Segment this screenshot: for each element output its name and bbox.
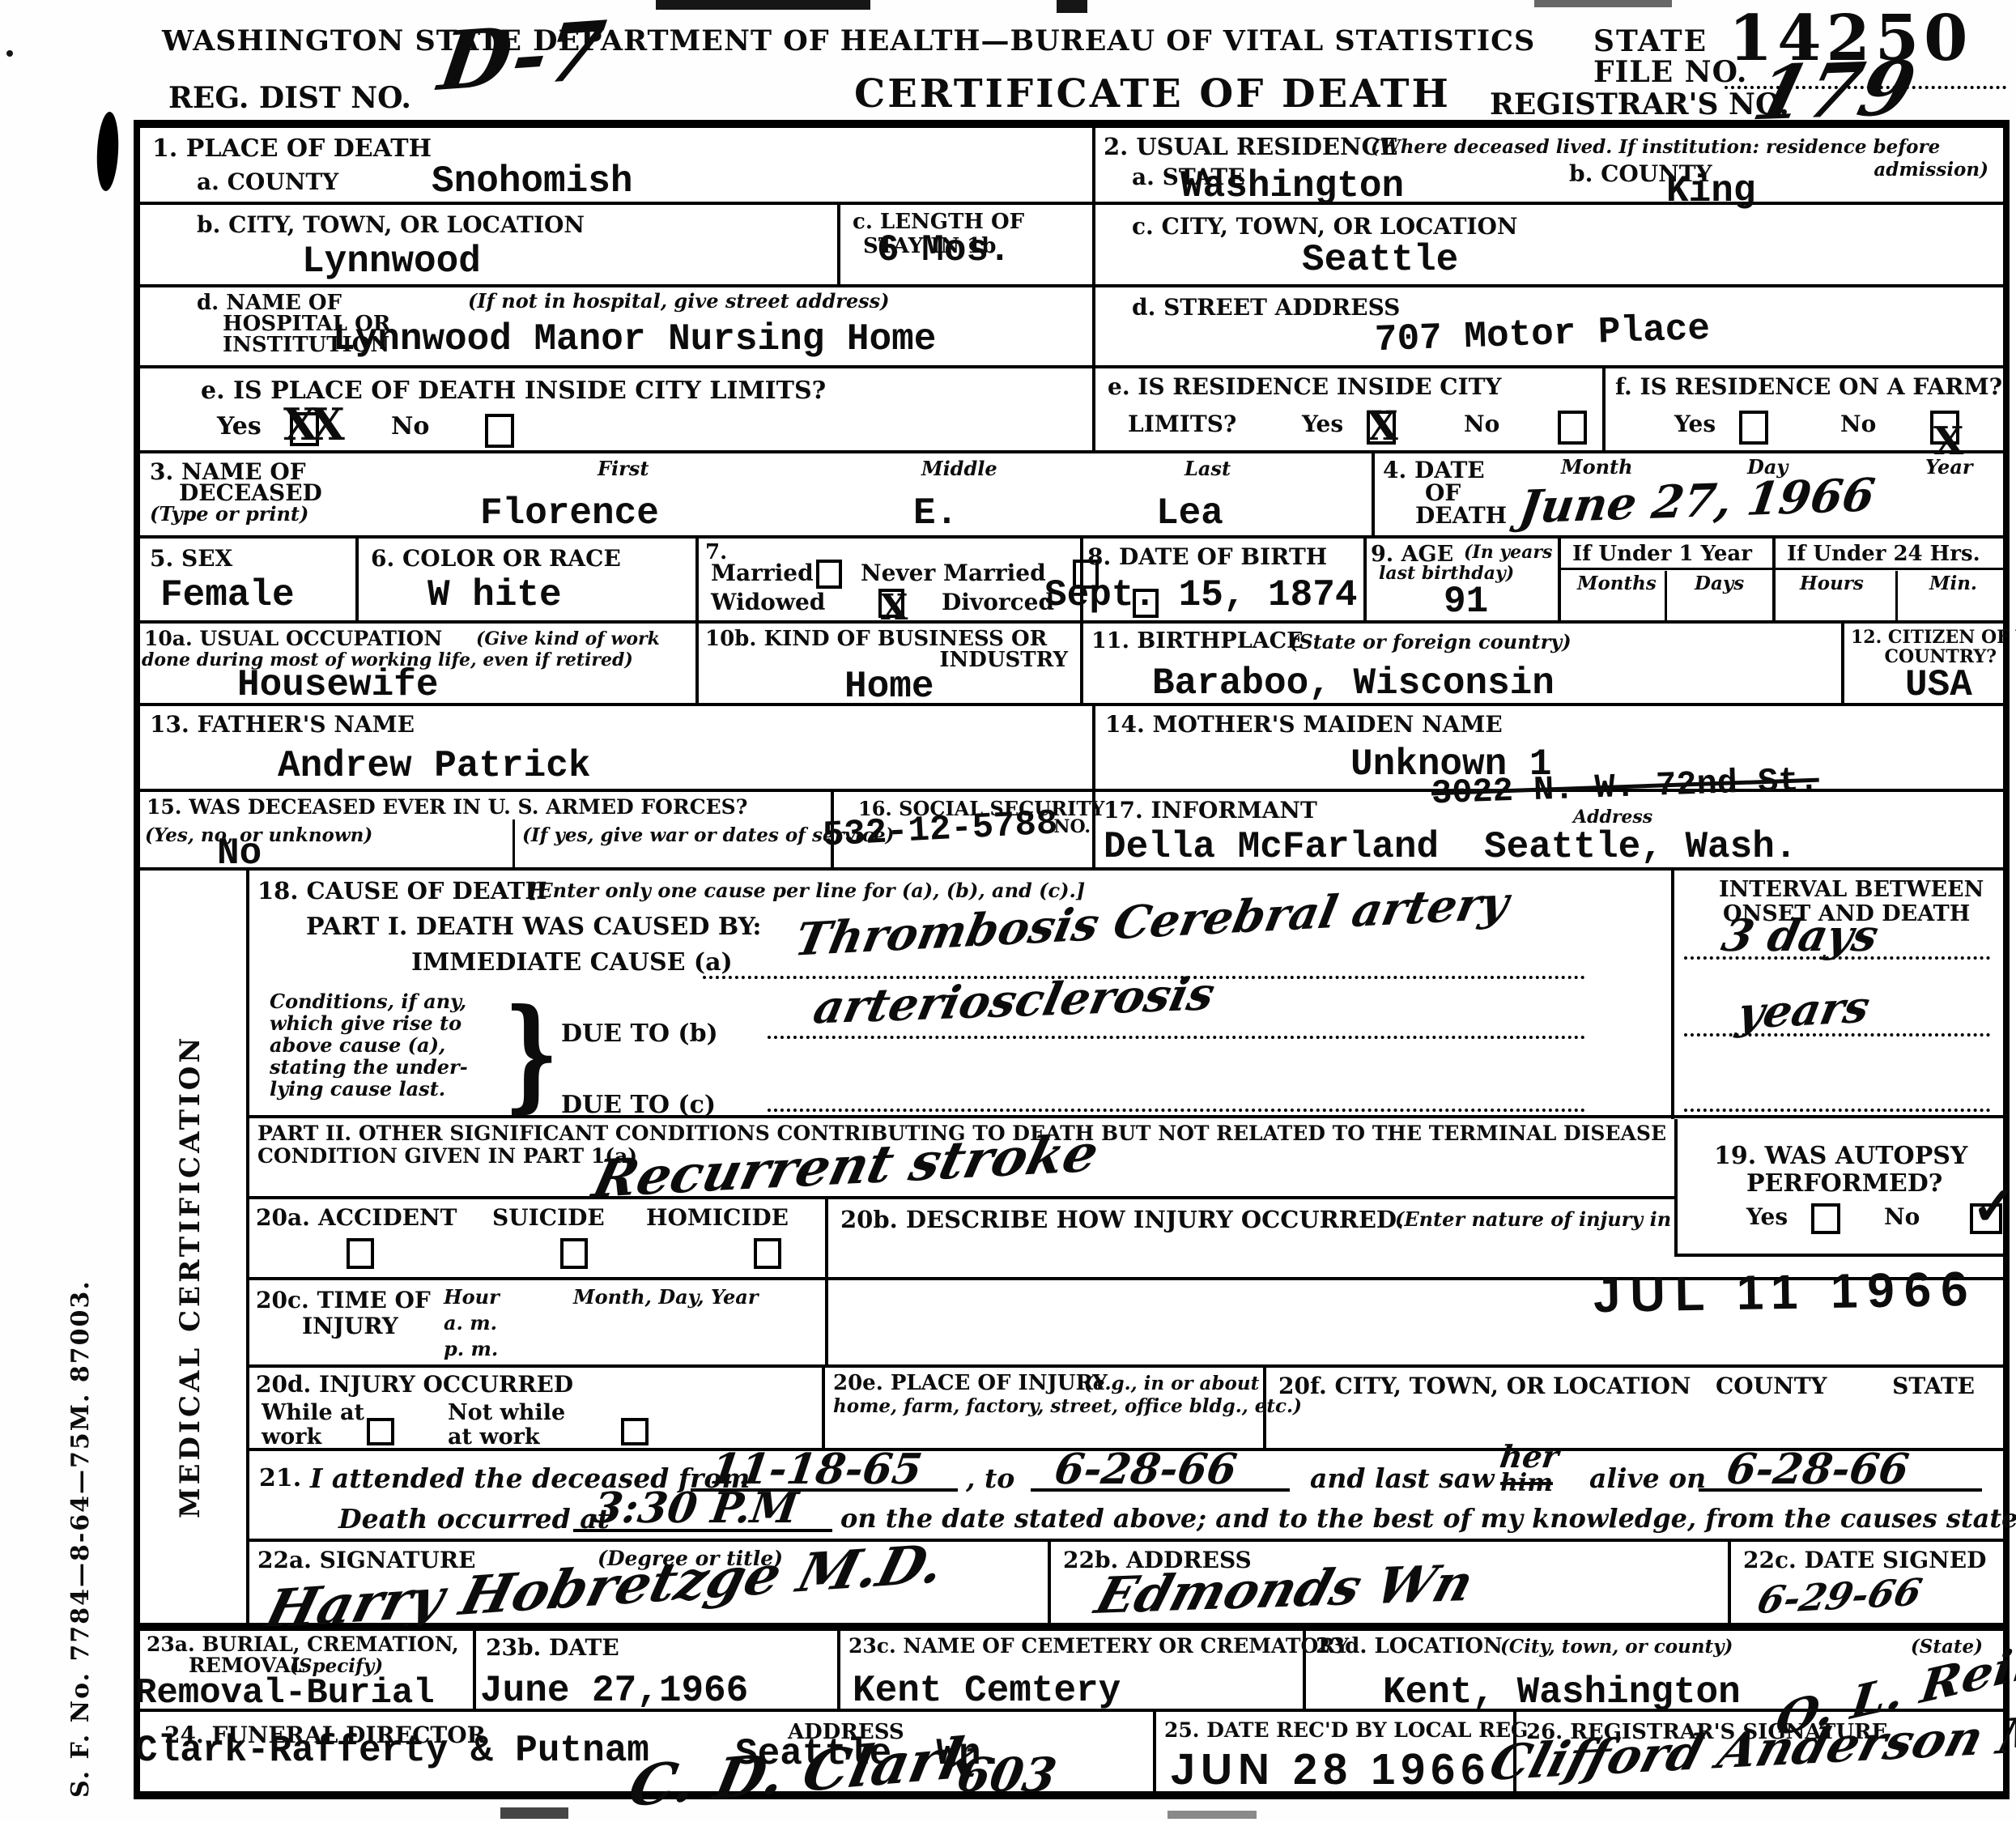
street-address-label: d. STREET ADDRESS <box>1132 294 1400 321</box>
informant-value: Della McFarland <box>1104 826 1439 868</box>
homicide-label: HOMICIDE <box>646 1204 789 1231</box>
not-while-work-label: at work <box>448 1424 540 1450</box>
under-1-year-cell: If Under 1 Year Months Days <box>1561 539 1776 620</box>
time-injury-divider <box>825 1280 828 1365</box>
dob-label: 8. DATE OF BIRTH <box>1087 543 1327 570</box>
conditions-line-5: lying cause last. <box>270 1078 468 1100</box>
place-of-injury-cell: 20e. PLACE OF INJURY (e.g., in or about … <box>825 1368 1266 1448</box>
name-of-deceased-cell: 3. NAME OF DECEASED (Type or print) Firs… <box>140 453 1375 535</box>
scan-artifact <box>1534 0 1672 7</box>
medical-certification-vertical-label: MEDICAL CERTIFICATION <box>174 984 206 1518</box>
suicide-label: SUICIDE <box>492 1204 605 1231</box>
widowed-mark: X <box>880 590 908 626</box>
street-address-value: 707 Motor Place <box>1374 308 1711 361</box>
scan-artifact <box>1057 0 1087 13</box>
alive-on-value: 6-28-66 <box>1724 1445 1912 1494</box>
row-city-stay: b. CITY, TOWN, OR LOCATION Lynnwood c. L… <box>140 205 2003 287</box>
autopsy-label-2: PERFORMED? <box>1746 1169 1942 1198</box>
informant-address-value: Seattle, Wash. <box>1484 826 1797 868</box>
scan-artifact <box>656 0 870 10</box>
while-at-work-label: work <box>262 1424 321 1450</box>
injury-occurred-label: 20d. INJURY OCCURRED <box>256 1371 573 1398</box>
father-label: 13. FATHER'S NAME <box>150 711 415 738</box>
manner-number: 20a. <box>256 1204 310 1231</box>
armed-forces-divider <box>513 819 515 871</box>
birthplace-note: (State or foreign country) <box>1290 630 1572 653</box>
hours-min-divider <box>1895 571 1898 620</box>
attended-text-to: , to <box>966 1462 1014 1494</box>
citizen-label-1: 12. CITIZEN OF WHAT <box>1851 627 2016 648</box>
occupation-note-1: (Give kind of work <box>476 628 660 649</box>
autopsy-yes-checkbox <box>1811 1203 1840 1234</box>
residence-limits-no-label: No <box>1464 411 1499 437</box>
form-number-vertical: S. F. No. 7784—8-64—75M. 87003. <box>66 939 95 1798</box>
interval-a-value: 3 days <box>1717 909 1883 961</box>
death-time-value: 3:30 P.M <box>590 1484 802 1533</box>
date-received-stamp: JUN 28 1966 <box>1171 1744 1491 1794</box>
scan-artifact <box>1167 1811 1257 1819</box>
widowed-checkbox: X <box>878 589 904 618</box>
row-occupation-birthplace: 10a. USUAL OCCUPATION (Give kind of work… <box>140 624 2003 706</box>
attended-statement-section: 21. I attended the deceased from 11-18-6… <box>249 1451 2003 1543</box>
informant-label: 17. INFORMANT <box>1104 797 1317 824</box>
row-name-dod: 3. NAME OF DECEASED (Type or print) Firs… <box>140 453 2003 539</box>
registrars-no-label: REGISTRAR'S NO. <box>1490 87 1789 121</box>
scan-artifact <box>6 50 13 57</box>
place-of-injury-note-2: home, farm, factory, street, office bldg… <box>833 1395 1302 1417</box>
funeral-director-cell: 24. FUNERAL DIRECTOR Clark-Rafferty & Pu… <box>140 1712 1156 1791</box>
medical-certification-block: MEDICAL CERTIFICATION 18. CAUSE OF DEATH… <box>140 871 2003 1626</box>
citizen-value: USA <box>1905 664 1972 706</box>
last-name-value: Lea <box>1156 492 1223 534</box>
usual-residence-note-2: admission) <box>1874 159 1988 181</box>
manner-cell: 20a. ACCIDENT SUICIDE HOMICIDE <box>249 1199 828 1277</box>
business-value: Home <box>844 666 934 708</box>
burial-location-value: Kent, Washington <box>1383 1671 1741 1713</box>
sex-cell: 5. SEX Female <box>140 539 359 620</box>
burial-type-label-1: 23a. BURIAL, CREMATION, <box>147 1633 459 1656</box>
autopsy-cell: 19. WAS AUTOPSY PERFORMED? Yes No ✓ <box>1674 1119 2003 1257</box>
while-at-label: While at <box>262 1400 364 1425</box>
birthplace-cell: 11. BIRTHPLACE (State or foreign country… <box>1083 624 1844 703</box>
burial-type-value: Removal-Burial <box>135 1673 435 1713</box>
registrar-signature-1: Clifford Anderson M. D. <box>1483 1701 2016 1792</box>
date-of-death-cell: 4. DATE OF DEATH Month Day Year June 27,… <box>1375 453 2003 535</box>
armed-forces-label: 15. WAS DECEASED EVER IN U. S. ARMED FOR… <box>147 795 747 819</box>
residence-limits-cell: e. IS RESIDENCE INSIDE CITY LIMITS? Yes … <box>1095 368 1606 450</box>
interval-label-1: INTERVAL BETWEEN <box>1719 877 1984 902</box>
attended-to-line: 6-28-66 <box>1031 1453 1290 1492</box>
name-note: (Type or print) <box>150 502 308 526</box>
residence-city-cell: c. CITY, TOWN, OR LOCATION Seattle <box>1095 205 2003 284</box>
interval-b-value: years <box>1733 981 1874 1039</box>
race-cell: 6. COLOR OR RACE W hite <box>359 539 699 620</box>
binder-mark <box>95 111 120 191</box>
length-of-stay-cell: c. LENGTH OF STAY IN 1b 6 Mos. <box>840 205 1095 284</box>
conditions-line-4: stating the under- <box>270 1056 468 1078</box>
state-file-label-1: STATE <box>1593 24 1708 58</box>
death-limits-yes-label: Yes <box>217 412 262 441</box>
place-of-death-label: 1. PLACE OF DEATH <box>152 134 432 163</box>
residence-limits-yes-label: Yes <box>1302 411 1343 437</box>
farm-no-checkbox: X <box>1930 411 1959 445</box>
death-occurred-text: Death occurred at <box>338 1503 610 1535</box>
father-cell: 13. FATHER'S NAME Andrew Patrick <box>140 706 1095 789</box>
burial-date-value: June 27,1966 <box>480 1670 748 1712</box>
age-note-1: (In years <box>1464 542 1552 563</box>
not-while-label: Not while <box>448 1400 565 1425</box>
county-label: a. COUNTY <box>197 168 338 195</box>
row-hospital-street: d. NAME OF HOSPITAL OR INSTITUTION (If n… <box>140 287 2003 368</box>
months-label: Months <box>1577 573 1657 594</box>
alive-on-line: 6-28-66 <box>1699 1453 1982 1492</box>
dod-month-label: Month <box>1561 455 1633 479</box>
burial-date-cell: 23b. DATE June 27,1966 <box>476 1631 840 1709</box>
injury-city-cell: 20f. CITY, TOWN, OR LOCATION COUNTY STAT… <box>1266 1368 2003 1448</box>
business-label-2: INDUSTRY <box>939 648 1068 672</box>
death-limits-no-label: No <box>391 412 429 441</box>
accident-checkbox <box>347 1238 374 1269</box>
describe-injury-label: 20b. DESCRIBE HOW INJURY OCCURRED. <box>840 1206 1404 1233</box>
conditions-note-block: Conditions, if any, which give rise to a… <box>270 990 468 1100</box>
death-limits-yes-checkbox: XX <box>290 412 319 446</box>
cause-label: 18. CAUSE OF DEATH <box>257 877 547 905</box>
month-day-year-label: Month, Day, Year <box>573 1285 759 1309</box>
attended-text-2: and last saw <box>1310 1462 1495 1494</box>
place-of-injury-note-1: (e.g., in or about <box>1084 1373 1259 1394</box>
while-at-work-checkbox <box>367 1418 394 1445</box>
date-received-cell: 25. DATE REC'D BY LOCAL REG. JUN 28 1966 <box>1156 1712 1516 1791</box>
homicide-checkbox <box>754 1238 781 1269</box>
time-injury-label-2: INJURY <box>302 1313 398 1339</box>
last-name-column-label: Last <box>1185 457 1231 480</box>
armed-forces-value: No <box>217 832 262 875</box>
divorced-label: Divorced <box>942 589 1054 615</box>
never-married-label: Never Married <box>861 560 1046 586</box>
him-struck: him <box>1500 1469 1553 1497</box>
death-time-line: 3:30 P.M <box>573 1493 832 1532</box>
burial-location-label: 23d. LOCATION <box>1316 1634 1503 1658</box>
death-city-label: b. CITY, TOWN, OR LOCATION <box>197 211 585 238</box>
ssn-no-label: NO. <box>1053 816 1091 837</box>
middle-name-value: E. <box>913 492 958 534</box>
cause-bracket-note: [Enter only one cause per line for (a), … <box>529 879 1085 902</box>
first-name-value: Florence <box>480 492 659 534</box>
date-received-label: 25. DATE REC'D BY LOCAL REG. <box>1164 1718 1534 1742</box>
attended-text-3: alive on <box>1589 1462 1706 1494</box>
date-signed-cell: 22c. DATE SIGNED 6-29-66 <box>1731 1542 2003 1623</box>
hospital-note: (If not in hospital, give street address… <box>468 289 890 313</box>
cause-of-death-section: 18. CAUSE OF DEATH [Enter only one cause… <box>249 871 2003 1118</box>
sex-value: Female <box>160 574 295 616</box>
date-signed-value: 6-29-66 <box>1753 1570 1926 1622</box>
registrar-signature-cell: 26. REGISTRAR'S SIGNATURE Clifford Ander… <box>1516 1712 2003 1791</box>
race-label: 6. COLOR OR RACE <box>371 545 621 572</box>
hour-label: Hour <box>444 1285 500 1309</box>
citizen-cell: 12. CITIZEN OF WHAT COUNTRY? USA <box>1844 624 2003 703</box>
death-occurred-text-2: on the date stated above; and to the bes… <box>840 1503 2016 1534</box>
sex-label: 5. SEX <box>150 545 232 572</box>
min-label: Min. <box>1929 573 1977 594</box>
age-value: 91 <box>1444 581 1488 623</box>
row-limits-farm: e. IS PLACE OF DEATH INSIDE CITY LIMITS?… <box>140 368 2003 453</box>
death-city-cell: b. CITY, TOWN, OR LOCATION Lynnwood <box>140 205 840 284</box>
medical-certification-strip: MEDICAL CERTIFICATION <box>140 871 249 1623</box>
part1-label: PART I. DEATH WAS CAUSED BY: <box>306 913 761 941</box>
injury-state-label: STATE <box>1892 1373 1975 1399</box>
autopsy-no-mark: ✓ <box>1971 1179 2016 1232</box>
days-label: Days <box>1695 573 1744 594</box>
cemetery-value: Kent Cemtery <box>853 1670 1121 1712</box>
first-name-column-label: First <box>598 457 649 480</box>
race-value: W hite <box>427 574 562 616</box>
attended-number: 21. <box>259 1464 301 1492</box>
accident-label: ACCIDENT <box>318 1204 457 1231</box>
dod-label-3: DEATH <box>1415 502 1507 529</box>
business-cell: 10b. KIND OF BUSINESS OR INDUSTRY Home <box>699 624 1083 703</box>
physician-address-cell: 22b. ADDRESS Edmonds Wn <box>1051 1542 1731 1623</box>
row-sex-race-age: 5. SEX Female 6. COLOR OR RACE W hite 7.… <box>140 539 2003 624</box>
street-address-cell: d. STREET ADDRESS 707 Motor Place <box>1095 287 2003 365</box>
father-value: Andrew Patrick <box>278 745 590 787</box>
scan-artifact <box>500 1807 568 1819</box>
part2-label-2: CONDITION GIVEN IN PART 1(a) <box>257 1144 637 1168</box>
physician-signature-section: 22a. SIGNATURE (Degree or title) Harry H… <box>249 1542 2003 1623</box>
death-limits-no-checkbox <box>485 414 514 448</box>
residence-farm-label: f. IS RESIDENCE ON A FARM? <box>1615 373 2002 400</box>
row-funeral-registrar: 24. FUNERAL DIRECTOR Clark-Rafferty & Pu… <box>140 1712 2003 1791</box>
residence-limits-no-checkbox <box>1558 411 1587 445</box>
residence-limits-yes-mark: X <box>1367 406 1398 446</box>
occupation-cell: 10a. USUAL OCCUPATION (Give kind of work… <box>140 624 699 703</box>
informant-cell: 17. INFORMANT Della McFarland 3022 N. W.… <box>1095 792 2003 867</box>
injury-location-section: 20d. INJURY OCCURRED While at work Not w… <box>249 1368 2003 1451</box>
usual-residence-note-1: (Where deceased lived. If institution: r… <box>1371 136 1940 158</box>
occupation-value: Housewife <box>237 664 438 706</box>
cemetery-cell: 23c. NAME OF CEMETERY OR CREMATORY Kent … <box>840 1631 1306 1709</box>
pm-label: p. m. <box>444 1337 498 1360</box>
hospital-cell: d. NAME OF HOSPITAL OR INSTITUTION (If n… <box>140 287 1095 365</box>
medical-certification-text: MEDICAL CERTIFICATION <box>174 1035 206 1519</box>
informant-address-label: Address <box>1573 807 1652 828</box>
immediate-cause-label: IMMEDIATE CAUSE (a) <box>411 948 733 977</box>
farm-yes-checkbox <box>1739 411 1768 445</box>
length-of-stay-value: 6 Mos. <box>877 229 1011 271</box>
cemetery-label: 23c. NAME OF CEMETERY OR CREMATORY <box>849 1634 1349 1658</box>
dod-year-label: Year <box>1925 455 1973 479</box>
department-title: WASHINGTON STATE DEPARTMENT OF HEALTH—BU… <box>162 24 1535 57</box>
autopsy-no-checkbox: ✓ <box>1970 1203 2002 1234</box>
row-place-residence: 1. PLACE OF DEATH a. COUNTY Snohomish 2.… <box>140 128 2003 205</box>
conditions-line-2: which give rise to <box>270 1012 468 1034</box>
under-1-year-label: If Under 1 Year <box>1572 542 1752 566</box>
autopsy-no-label: No <box>1884 1203 1920 1230</box>
ssn-cell: 16. SOCIAL SECURITY NO. 532-12-5788 <box>834 792 1095 867</box>
death-city-value: Lynnwood <box>302 241 481 283</box>
not-while-work-checkbox <box>621 1418 649 1445</box>
reg-dist-label: REG. DIST NO. <box>168 81 411 115</box>
due-to-b-label: DUE TO (b) <box>561 1020 718 1048</box>
autopsy-yes-label: Yes <box>1746 1203 1788 1230</box>
under-24-hrs-cell: If Under 24 Hrs. Hours Min. <box>1776 539 2003 620</box>
married-checkbox <box>816 560 842 589</box>
residence-city-value: Seattle <box>1302 239 1458 281</box>
under-24-hrs-label: If Under 24 Hrs. <box>1787 542 1980 566</box>
time-of-injury-section: 20c. TIME OF INJURY Hour a. m. p. m. Mon… <box>249 1280 2003 1369</box>
attended-to-value: 6-28-66 <box>1052 1445 1240 1494</box>
residence-limits-yes-checkbox: X <box>1367 411 1396 445</box>
burial-date-label: 23b. DATE <box>486 1634 619 1661</box>
reg-dist-value-handwritten: D-7 <box>433 2 610 109</box>
hospital-value: Lynnwood Manor Nursing Home <box>333 318 936 360</box>
residence-farm-cell: f. IS RESIDENCE ON A FARM? Yes No X <box>1606 368 2003 450</box>
due-to-c-label: DUE TO (c) <box>561 1091 716 1119</box>
place-of-death-cell: 1. PLACE OF DEATH a. COUNTY Snohomish <box>140 128 1095 202</box>
birthplace-value: Baraboo, Wisconsin <box>1152 662 1555 705</box>
interval-column: INTERVAL BETWEEN ONSET AND DEATH 3 days … <box>1671 871 2003 1119</box>
residence-city-label: c. CITY, TOWN, OR LOCATION <box>1132 213 1518 240</box>
months-days-divider <box>1665 571 1667 620</box>
widowed-label: Widowed <box>711 589 825 615</box>
residence-limits-label-1: e. IS RESIDENCE INSIDE CITY <box>1108 373 1502 400</box>
funeral-director-number: 603 <box>953 1748 1061 1803</box>
age-cell: 9. AGE (In years last birthday) 91 <box>1367 539 1561 620</box>
injury-city-label: 20f. CITY, TOWN, OR LOCATION <box>1278 1373 1691 1399</box>
physician-address-value: Edmonds Wn <box>1089 1553 1480 1625</box>
injury-occurred-cell: 20d. INJURY OCCURRED While at work Not w… <box>249 1368 825 1448</box>
marital-status-cell: 7. Married Never Married Widowed X Divor… <box>699 539 1083 620</box>
usual-residence-cell: 2. USUAL RESIDENCE (Where deceased lived… <box>1095 128 2003 202</box>
middle-name-column-label: Middle <box>921 457 997 480</box>
death-certificate-scan: S. F. No. 7784—8-64—75M. 87003. WASHINGT… <box>0 0 2016 1822</box>
form-number-text: S. F. No. 7784—8-64—75M. 87003. <box>66 1279 95 1798</box>
farm-yes-label: Yes <box>1674 411 1716 437</box>
injury-county-label: COUNTY <box>1716 1373 1827 1399</box>
autopsy-label-1: 19. WAS AUTOPSY <box>1714 1142 1967 1170</box>
ssn-value: 532-12-5788 <box>822 803 1059 856</box>
under-24-divider <box>1776 568 2003 570</box>
burial-location-note: (City, town, or county) <box>1500 1636 1733 1658</box>
burial-type-cell: 23a. BURIAL, CREMATION, REMOVAL (Specify… <box>140 1631 476 1709</box>
cause-c-line <box>768 1041 1585 1112</box>
usual-residence-label: 2. USUAL RESIDENCE <box>1104 133 1398 160</box>
time-injury-label-1: 20c. TIME OF <box>256 1287 431 1313</box>
hours-label: Hours <box>1800 573 1864 594</box>
married-label: Married <box>711 560 814 586</box>
mother-label: 14. MOTHER'S MAIDEN NAME <box>1105 711 1503 738</box>
conditions-line-1: Conditions, if any, <box>270 990 468 1012</box>
occupation-label: 10a. USUAL OCCUPATION <box>144 627 442 650</box>
conditions-brace: } <box>504 982 559 1125</box>
place-of-injury-label: 20e. PLACE OF INJURY <box>833 1371 1108 1395</box>
residence-limits-label-2: LIMITS? <box>1128 411 1236 437</box>
armed-forces-cell: 15. WAS DECEASED EVER IN U. S. ARMED FOR… <box>140 792 834 867</box>
death-city-limits-cell: e. IS PLACE OF DEATH INSIDE CITY LIMITS?… <box>140 368 1095 450</box>
farm-no-label: No <box>1840 411 1876 437</box>
date-signed-label: 22c. DATE SIGNED <box>1743 1547 1986 1573</box>
row-burial: 23a. BURIAL, CREMATION, REMOVAL (Specify… <box>140 1626 2003 1712</box>
residence-state-value: Washington <box>1180 165 1404 207</box>
under-1-year-divider <box>1561 568 1772 570</box>
birthplace-label: 11. BIRTHPLACE <box>1091 628 1304 653</box>
received-stamp: JUL 11 1966 <box>1593 1261 1978 1323</box>
conditions-line-3: above cause (a), <box>270 1034 468 1056</box>
physician-signature-cell: 22a. SIGNATURE (Degree or title) Harry H… <box>249 1542 1051 1623</box>
death-limits-yes-mark: XX <box>283 402 338 446</box>
funeral-director-value: Clark-Rafferty & Putnam <box>135 1730 649 1772</box>
row-forces-ssn-informant: 15. WAS DECEASED EVER IN U. S. ARMED FOR… <box>140 792 2003 871</box>
am-label: a. m. <box>444 1311 497 1335</box>
dob-value: Sept. 15, 1874 <box>1044 574 1357 616</box>
interval-c-line <box>1684 1079 1990 1112</box>
dob-cell: 8. DATE OF BIRTH Sept. 15, 1874 <box>1083 539 1367 620</box>
certificate-form: 1. PLACE OF DEATH a. COUNTY Snohomish 2.… <box>134 120 2010 1799</box>
certificate-title: CERTIFICATE OF DEATH <box>854 71 1451 117</box>
suicide-checkbox <box>560 1238 588 1269</box>
county-value: Snohomish <box>432 160 632 202</box>
